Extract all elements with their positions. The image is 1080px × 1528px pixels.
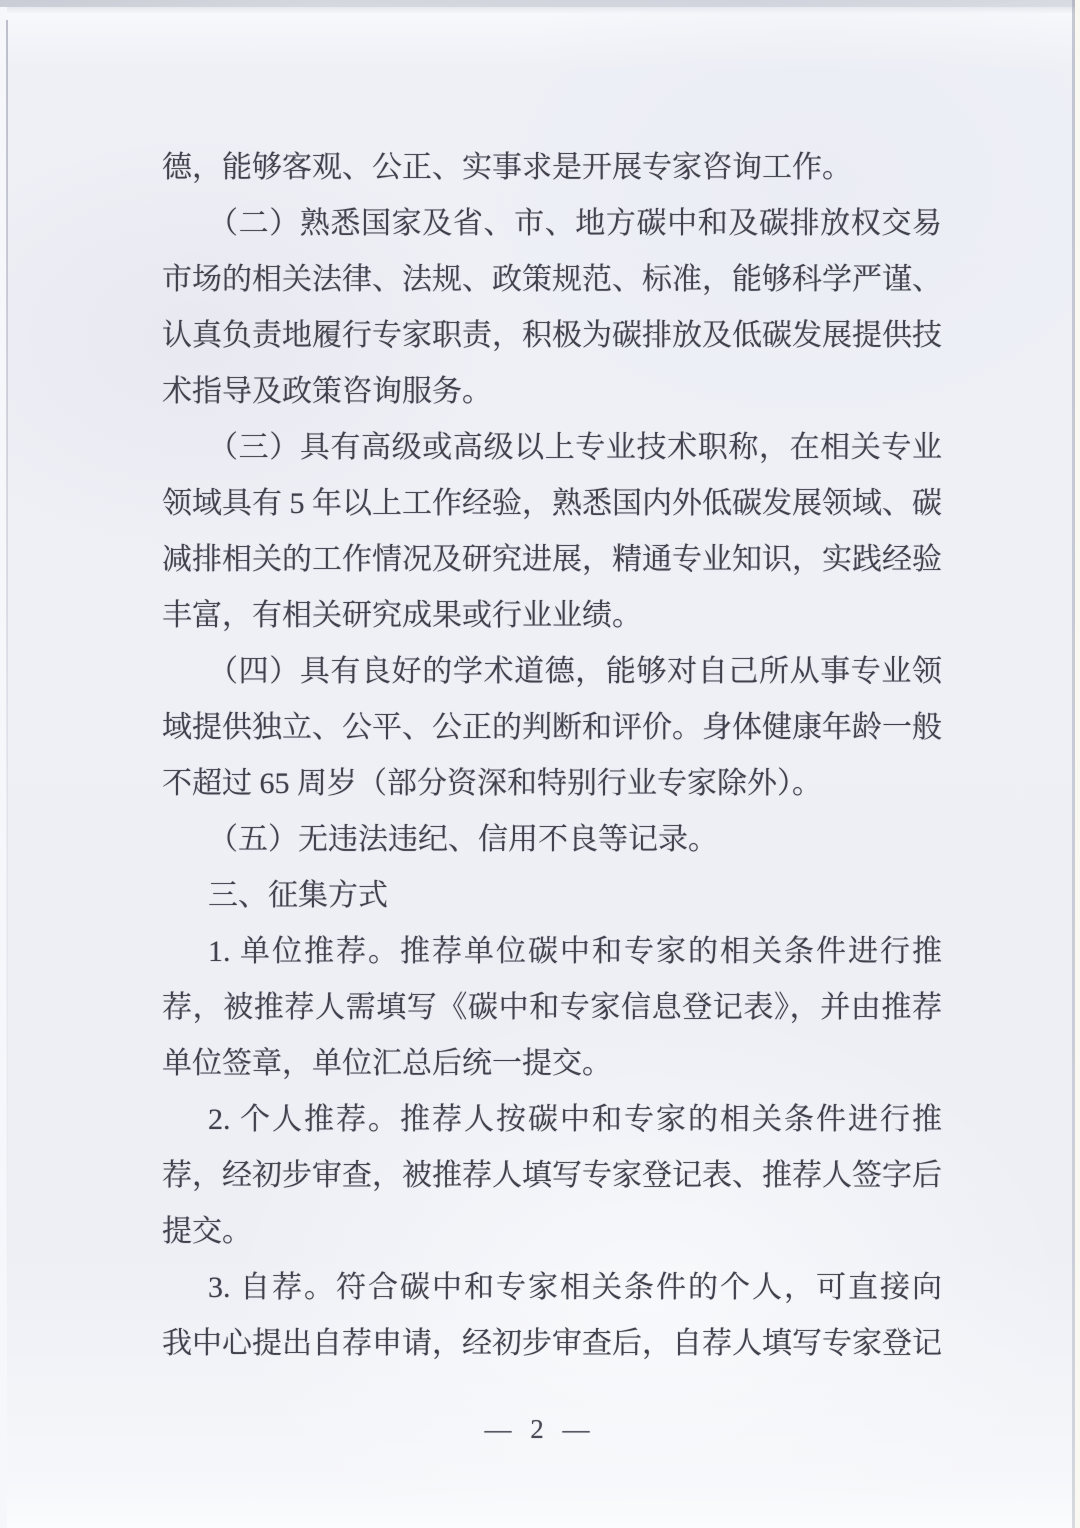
scanned-document-page: { "doc": { "lines": [ "德，能够客观、公正、实事求是开展专… <box>0 0 1080 1528</box>
text-line: 荐，经初步审查，被推荐人填写专家登记表、推荐人签字后 <box>162 1148 942 1204</box>
scan-edge-left-line <box>6 20 8 1320</box>
text-line: 1. 单位推荐。推荐单位碳中和专家的相关条件进行推 <box>162 924 942 980</box>
scan-edge-right <box>1075 0 1080 1528</box>
text-line: 2. 个人推荐。推荐人按碳中和专家的相关条件进行推 <box>162 1092 942 1148</box>
text-line: 认真负责地履行专家职责，积极为碳排放及低碳发展提供技 <box>162 308 942 364</box>
section-heading: 三、征集方式 <box>162 868 942 924</box>
page-number: — 2 — <box>0 1414 1080 1445</box>
text-line: 术指导及政策咨询服务。 <box>162 364 942 420</box>
text-line: 领域具有 5 年以上工作经验，熟悉国内外低碳发展领域、碳 <box>162 476 942 532</box>
document-body: 德，能够客观、公正、实事求是开展专家咨询工作。 （二）熟悉国家及省、市、地方碳中… <box>162 140 942 1372</box>
text-line: 德，能够客观、公正、实事求是开展专家咨询工作。 <box>162 140 942 196</box>
text-line: 丰富，有相关研究成果或行业业绩。 <box>162 588 942 644</box>
text-line: 我中心提出自荐申请，经初步审查后，自荐人填写专家登记 <box>162 1316 942 1372</box>
text-line: 3. 自荐。符合碳中和专家相关条件的个人，可直接向 <box>162 1260 942 1316</box>
text-line: 域提供独立、公平、公正的判断和评价。身体健康年龄一般 <box>162 700 942 756</box>
text-line: （三）具有高级或高级以上专业技术职称，在相关专业 <box>162 420 942 476</box>
scan-edge-top <box>0 0 1080 7</box>
text-line: （五）无违法违纪、信用不良等记录。 <box>162 812 942 868</box>
text-line: 不超过 65 周岁（部分资深和特别行业专家除外）。 <box>162 756 942 812</box>
text-line: 减排相关的工作情况及研究进展，精通专业知识，实践经验 <box>162 532 942 588</box>
text-line: （二）熟悉国家及省、市、地方碳中和及碳排放权交易 <box>162 196 942 252</box>
scan-edge-right-line <box>1072 0 1075 1528</box>
text-line: 提交。 <box>162 1204 942 1260</box>
text-line: 荐，被推荐人需填写《碳中和专家信息登记表》，并由推荐 <box>162 980 942 1036</box>
text-line: （四）具有良好的学术道德，能够对自己所从事专业领 <box>162 644 942 700</box>
text-line: 市场的相关法律、法规、政策规范、标准，能够科学严谨、 <box>162 252 942 308</box>
text-line: 单位签章，单位汇总后统一提交。 <box>162 1036 942 1092</box>
